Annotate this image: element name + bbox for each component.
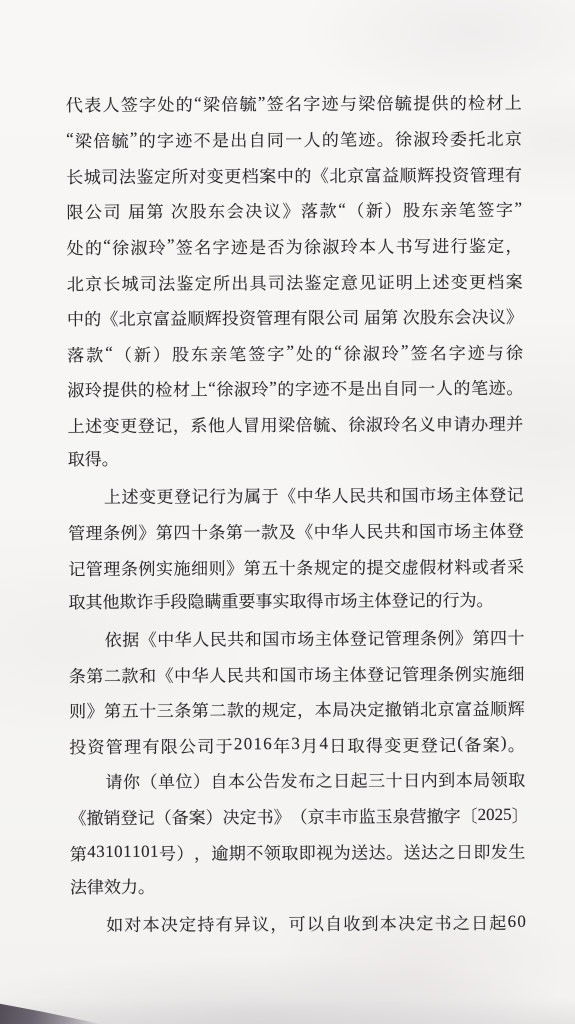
text-line: 记管理条例实施细则》第五十条规定的提交虚假材料或者采 [68,547,524,585]
text-line: 中的《北京富益顺辉投资管理有限公司 届第 次股东会决议》 [67,298,523,336]
text-line: 北京长城司法鉴定所出具司法鉴定意见证明上述变更档案 [67,262,523,300]
text-line: 《撤销登记（备案）决定书》（京丰市监玉泉营撤字〔2025〕 [69,797,525,835]
text-line: “梁倍毓”的字迹不是出自同一人的笔迹。徐淑玲委托北京 [66,119,522,157]
scanned-document-page: 代表人签字处的“梁倍毓”签名字迹与梁倍毓提供的检材上“梁倍毓”的字迹不是出自同一… [0,0,575,1024]
text-line: 投资管理有限公司于2016年3月4日取得变更登记(备案)。 [69,725,525,763]
text-line: 取得。 [68,440,524,478]
document-text-block: 代表人签字处的“梁倍毓”签名字迹与梁倍毓提供的检材上“梁倍毓”的字迹不是出自同一… [66,84,526,942]
scan-smudge [0,998,575,1024]
text-line: 上述变更登记行为属于《中华人民共和国市场主体登记 [68,476,524,514]
text-line: 依据《中华人民共和国市场主体登记管理条例》第四十 [69,618,525,656]
text-line: 淑玲提供的检材上“徐淑玲”的字迹不是出自同一人的笔迹。 [67,369,523,407]
text-line: 长城司法鉴定所对变更档案中的《北京富益顺辉投资管理有 [66,155,522,193]
text-line: 第43101101号），逾期不领取即视为送达。送达之日即发生 [70,832,526,870]
text-line: 落款“（新）股东亲笔签字”处的“徐淑玲”签名字迹与徐 [67,333,523,371]
text-line: 则》第五十三条第二款的规定，本局决定撤销北京富益顺辉 [69,690,525,728]
text-line: 管理条例》第四十条第一款及《中华人民共和国市场主体登 [68,511,524,549]
text-line: 处的“徐淑玲”签名字迹是否为徐淑玲本人书写进行鉴定， [67,226,523,264]
text-line: 代表人签字处的“梁倍毓”签名字迹与梁倍毓提供的检材上 [66,84,522,122]
text-line: 限公司 届第 次股东会决议》落款“（新）股东亲笔签字” [66,191,522,229]
text-line: 取其他欺诈手段隐瞒重要事实取得市场主体登记的行为。 [68,583,524,621]
text-line: 法律效力。 [70,868,526,906]
text-line: 上述变更登记，系他人冒用梁倍毓、徐淑玲名义申请办理并 [67,405,523,443]
text-line: 条第二款和《中华人民共和国市场主体登记管理条例实施细 [69,654,525,692]
text-line: 请你（单位）自本公告发布之日起三十日内到本局领取 [69,761,525,799]
text-line: 如对本决定持有异议，可以自收到本决定书之日起60 [70,904,526,942]
